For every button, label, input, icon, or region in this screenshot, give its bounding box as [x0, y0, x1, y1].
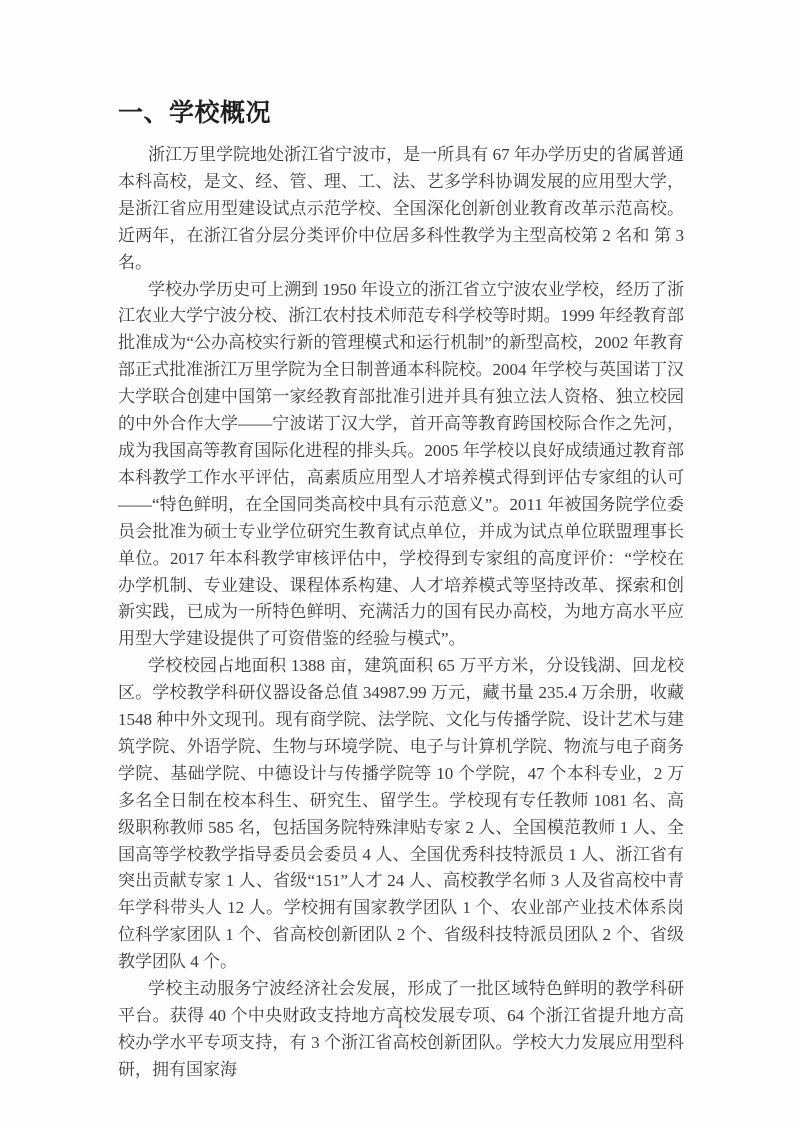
document-page: 一、学校概况 浙江万里学院地处浙江省宁波市，是一所具有 67 年办学历史的省属普… — [0, 0, 800, 1131]
paragraph-overview: 浙江万里学院地处浙江省宁波市，是一所具有 67 年办学历史的省属普通本科高校，是… — [118, 142, 684, 277]
paragraph-campus-faculty: 学校校园占地面积 1388 亩，建筑面积 65 万平方米，分设钱湖、回龙校区。学… — [118, 653, 684, 976]
document-body: 浙江万里学院地处浙江省宁波市，是一所具有 67 年办学历史的省属普通本科高校，是… — [118, 142, 684, 1084]
section-heading: 一、学校概况 — [118, 98, 271, 128]
paragraph-history: 学校办学历史可上溯到 1950 年设立的浙江省立宁波农业学校，经历了浙江农业大学… — [118, 277, 684, 654]
page-number: 1 — [0, 1016, 800, 1034]
